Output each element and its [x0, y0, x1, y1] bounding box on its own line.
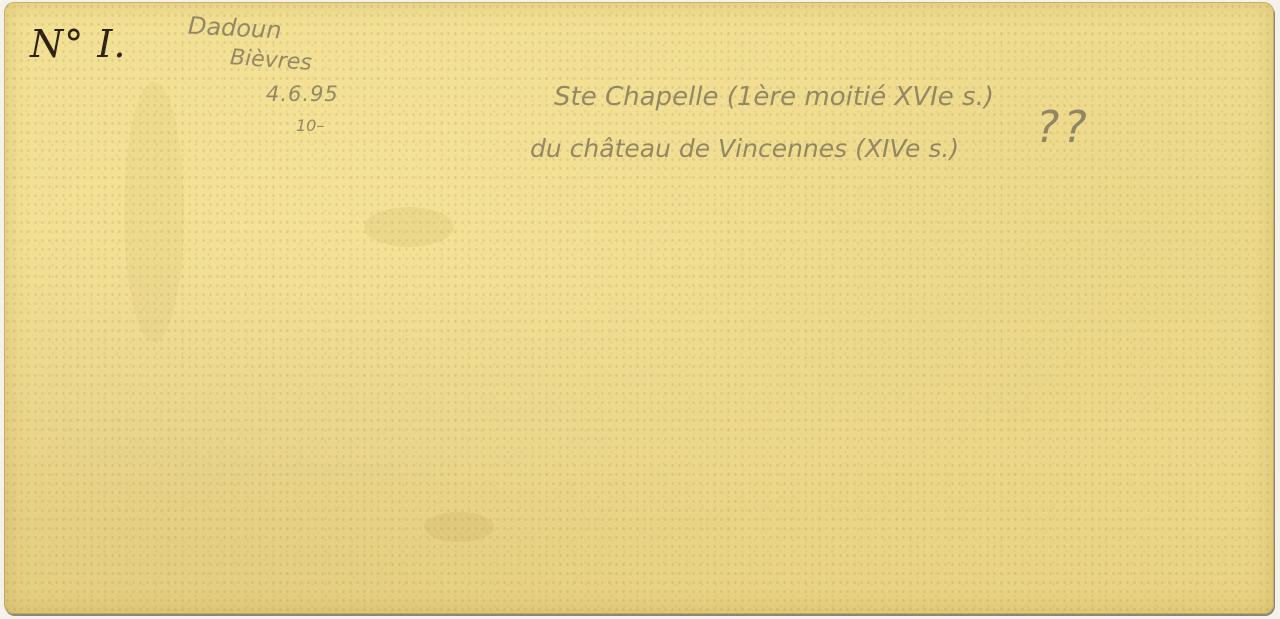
price-note: 10– — [296, 116, 324, 135]
title-line-1: Ste Chapelle (1ère moitié XVIe s.) — [554, 82, 994, 112]
title-line-1-date: (1ère moitié XVIe s.) — [727, 82, 994, 112]
stereoview-card-back: N° I. Dadoun Bièvres 4.6.95 10– Ste Chap… — [4, 2, 1274, 614]
title-line-2: du château de Vincennes (XIVe s.) — [530, 134, 959, 163]
query-marks: ?? — [1036, 102, 1091, 153]
catalog-number: N° I. — [30, 22, 126, 66]
foxing-stain — [124, 82, 184, 342]
foxing-stain — [364, 207, 454, 247]
title-line-2-date: (XIVe s.) — [855, 134, 959, 163]
city-note: Bièvres — [229, 45, 312, 76]
seller-note: Dadoun — [187, 12, 282, 45]
foxing-stain — [424, 512, 494, 542]
date-note: 4.6.95 — [266, 82, 339, 106]
title-line-1-main: Ste Chapelle — [554, 82, 718, 112]
title-line-2-main: du château de Vincennes — [530, 134, 847, 163]
